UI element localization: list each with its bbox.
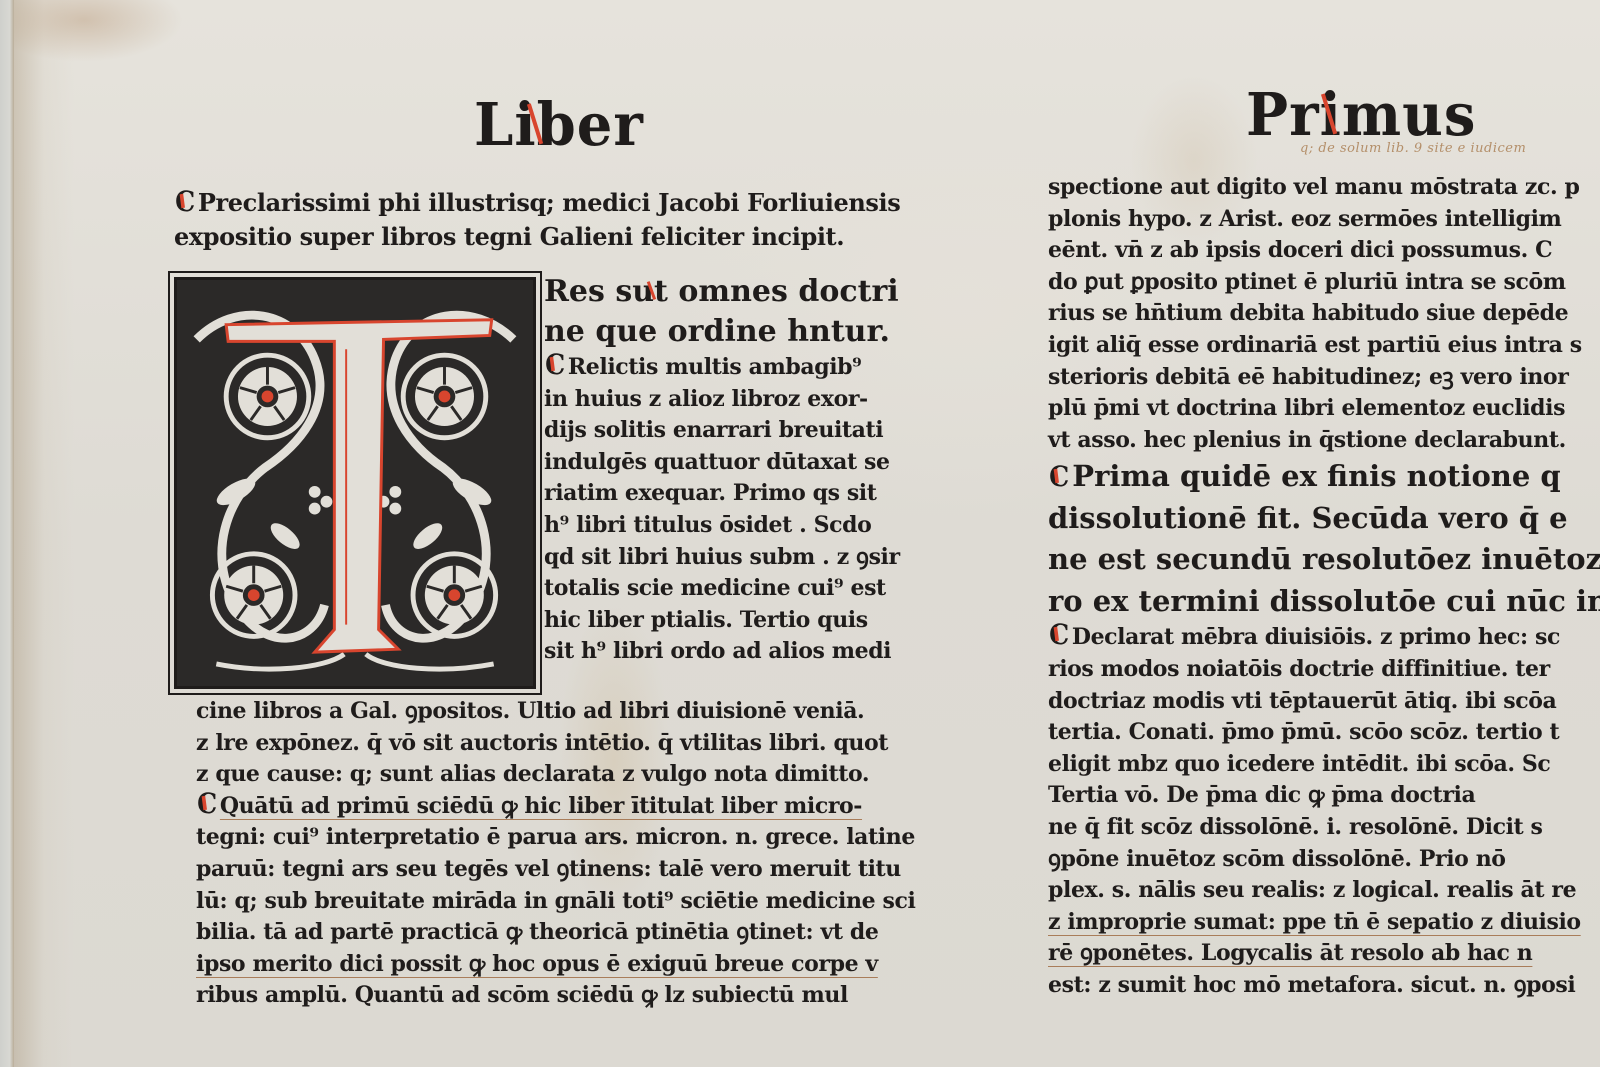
text-line: dijs solitis enarrari breuitati (544, 415, 900, 447)
running-head-text: Liber (474, 90, 644, 159)
text-line: Tertia vō. De p̄ma dic ꝙ p̄ma doctria (1048, 780, 1600, 812)
text-line: doctriaz modis vti tēptauerūt ātiq. ibi … (1048, 686, 1600, 718)
paragraph-mark-icon: C (1049, 467, 1069, 487)
text-line: h⁹ libri titulus ōsidet . Scdo (544, 510, 900, 542)
paragraph-mark-icon: C (545, 355, 565, 375)
text-line: CQuātū ad primū sciēdū ꝙ hic liber ītitu… (196, 791, 915, 823)
text-line: rē ꝯponētes. Logycalis āt resolo ab hac … (1048, 938, 1600, 970)
text-line: spectione aut digito vel manu mōstrata z… (1048, 172, 1600, 204)
text-line: cine libros a Gal. ꝯpositos. Ultio ad li… (196, 696, 915, 728)
text-line: ꝯpōne inuētoz scōm dissolōnē. Prio nō (1048, 844, 1600, 876)
text-column-left: cine libros a Gal. ꝯpositos. Ultio ad li… (196, 696, 915, 1012)
floral-initial-icon (177, 280, 533, 686)
text-line: paruū: tegni ars seu tegēs vel ꝯtinens: … (196, 854, 915, 886)
text-beside-initial: Res sut omnes doctri ne que ordine hntur… (544, 272, 900, 668)
text-line: CDeclarat mēbra diuisiōis. z primo hec: … (1048, 622, 1600, 654)
text-line: CRelictis multis ambagib⁹ (544, 352, 900, 384)
book-spread: Liber CPreclarissimi phi illustrisq; med… (14, 0, 1600, 1067)
text-line: z improprie sumat: ppe tn̄ ē sepatio z d… (1048, 907, 1600, 939)
text-line: tertia. Conati. p̄mo p̄mū. scōo scōz. te… (1048, 717, 1600, 749)
text-line: z que cause: q; sunt alias declarata z v… (196, 759, 915, 791)
text-line: eligit mbz quo icedere intēdit. ibi scōa… (1048, 749, 1600, 781)
running-head-right: Primus (1246, 80, 1476, 149)
text-line: qd sit libri huius subm . z ꝯsir (544, 542, 900, 574)
adjacent-page-edge (0, 0, 14, 1067)
incipit: CPreclarissimi phi illustrisq; medici Ja… (174, 186, 900, 254)
decorated-initial-t (174, 277, 536, 689)
manuscript-marginal-note: q; de solum lib. 9 site e iudicem (1300, 141, 1526, 156)
text-line: CPrima quidē ex finis notione q (1048, 456, 1600, 498)
text-line: Res sut omnes doctri (544, 272, 900, 312)
incipit-line: CPreclarissimi phi illustrisq; medici Ja… (174, 186, 900, 220)
text-line: bilia. tā ad partē practicā ꝙ theoricā p… (196, 917, 915, 949)
text-line: ipso merito dici possit ꝙ hoc opus ē exi… (196, 949, 915, 981)
running-head-text: Primus (1246, 80, 1476, 149)
text-line: est: z sumit hoc mō metafora. sicut. n. … (1048, 970, 1600, 1002)
text-line: sterioris debitā eē habitudinez; eꝫ vero… (1048, 362, 1600, 394)
paragraph-mark-icon: C (1049, 625, 1069, 645)
text-line: rios modos noiatōis doctrie diffinitiue.… (1048, 654, 1600, 686)
paragraph-mark-icon: C (197, 794, 217, 814)
text-line: ne que ordine hntur. (544, 312, 900, 352)
paragraph-mark-icon: C (175, 192, 195, 212)
text-line: indulgēs quattuor dūtaxat se (544, 447, 900, 479)
text-line: ne est secundū resolutōez inuētoz (1048, 539, 1600, 581)
text-line: do ꝑut ꝑposito ptinet ē pluriū intra se … (1048, 267, 1600, 299)
text-line: eēnt. vn̄ z ab ipsis doceri dici possumu… (1048, 235, 1600, 267)
text-line: vt asso. hec plenius in q̄stione declara… (1048, 425, 1600, 457)
running-head-left: Liber (474, 90, 644, 159)
text-line: ne q̄ fit scōz dissolōnē. i. resolōnē. D… (1048, 812, 1600, 844)
text-line: totalis scie medicine cui⁹ est (544, 573, 900, 605)
text-line: lū: q; sub breuitate mirāda in gnāli tot… (196, 886, 915, 918)
text-line: sit h⁹ libri ordo ad alios medi (544, 636, 900, 668)
text-column-right: spectione aut digito vel manu mōstrata z… (1048, 172, 1600, 1001)
text-line: plonis hypo. z Arist. eoz sermōes intell… (1048, 204, 1600, 236)
incipit-line: expositio super libros tegni Galieni fel… (174, 220, 900, 254)
text-line: plex. s. nālis seu realis: z logical. re… (1048, 875, 1600, 907)
text-line: ribus amplū. Quantū ad scōm sciēdū ꝙ lz … (196, 980, 915, 1012)
text-line: in huius z alioz libroz exor- (544, 384, 900, 416)
text-line: riatim exequar. Primo qs sit (544, 478, 900, 510)
text-line: hic liber ptialis. Tertio quis (544, 605, 900, 637)
text-line: ro ex termini dissolutōe cui nūc in (1048, 581, 1600, 623)
text-line: igit aliq̄ esse ordinariā est partiū eiu… (1048, 330, 1600, 362)
text-line: rius se hn̄tium debita habitudo siue dep… (1048, 298, 1600, 330)
text-line: z lre expōnez. q̄ vō sit auctoris intēti… (196, 728, 915, 760)
text-line: plū p̄mi vt doctrina libri elementoz euc… (1048, 393, 1600, 425)
text-line: dissolutionē fit. Secūda vero q̄ e (1048, 498, 1600, 540)
text-line: tegni: cui⁹ interpretatio ē parua ars. m… (196, 822, 915, 854)
